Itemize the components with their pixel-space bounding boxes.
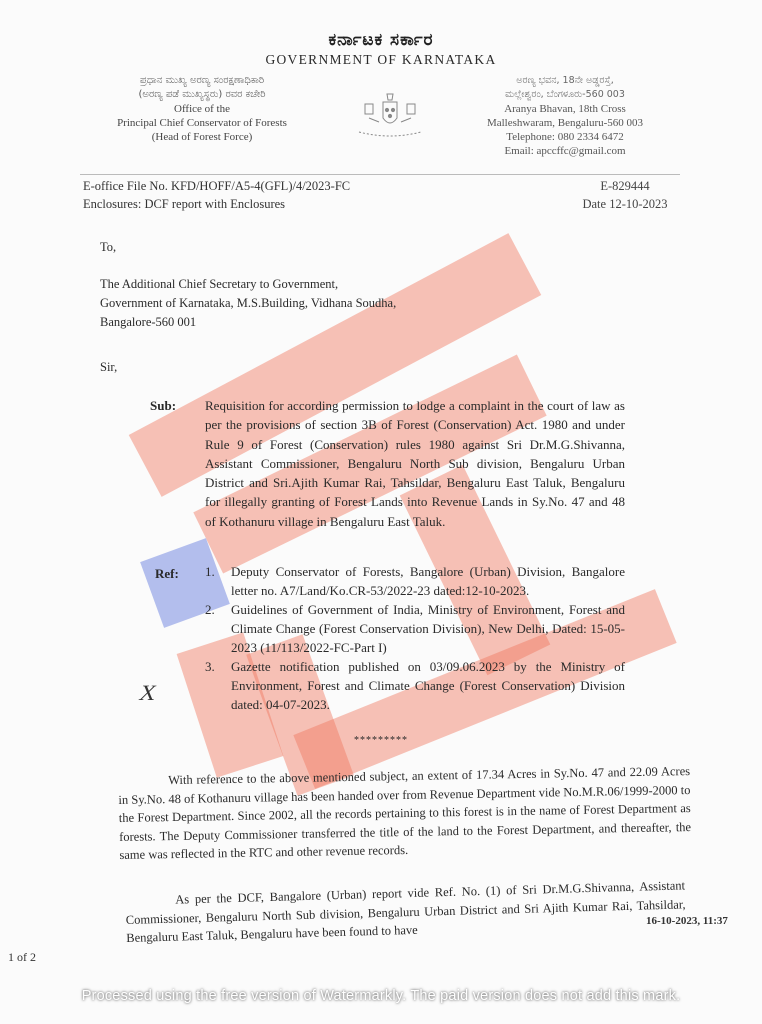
salutation: Sir, — [100, 360, 117, 375]
subject-label: Sub: — [150, 398, 176, 414]
office-line1: Office of the — [72, 102, 332, 116]
address-line2: Malleshwaram, Bengaluru-560 003 — [455, 116, 675, 130]
address-line1: Aranya Bhavan, 18th Cross — [455, 102, 675, 116]
reference-number: 1. — [205, 562, 231, 600]
reference-number: 2. — [205, 600, 231, 657]
file-number: E-office File No. KFD/HOFF/A5-4(GFL)/4/2… — [83, 179, 350, 194]
recipient-line2: Government of Karnataka, M.S.Building, V… — [100, 294, 396, 313]
office-line2: Principal Chief Conservator of Forests — [72, 116, 332, 130]
reference-number: 3. — [205, 657, 231, 714]
recipient-address: The Additional Chief Secretary to Govern… — [100, 275, 396, 332]
e-number: E-829444 — [560, 179, 690, 194]
references-list: 1. Deputy Conservator of Forests, Bangal… — [205, 562, 625, 714]
letterhead-office-block: ಪ್ರಧಾನ ಮುಖ್ಯ ಅರಣ್ಯ ಸಂರಕ್ಷಣಾಧಿಕಾರಿ (ಅರಣ್ಯ… — [72, 74, 332, 144]
address-telephone: Telephone: 080 2334 6472 — [455, 130, 675, 144]
enclosures: Enclosures: DCF report with Enclosures — [83, 197, 285, 212]
letterhead-title-english: GOVERNMENT OF KARNATAKA — [0, 52, 762, 68]
letterhead-address-block: ಅರಣ್ಯ ಭವನ, 18ನೇ ಅಡ್ಡರಸ್ತೆ, ಮಲ್ಲೇಶ್ವರಂ, ಬ… — [455, 74, 675, 158]
letterhead-divider — [80, 174, 680, 175]
reference-item: 1. Deputy Conservator of Forests, Bangal… — [205, 562, 625, 600]
office-kannada-line2: (ಅರಣ್ಯ ಪಡೆ ಮುಖ್ಯಸ್ಥರು) ರವರ ಕಚೇರಿ — [72, 88, 332, 102]
reference-text: Deputy Conservator of Forests, Bangalore… — [231, 562, 625, 600]
print-timestamp: 16-10-2023, 11:37 — [646, 915, 728, 927]
references-label: Ref: — [155, 566, 179, 582]
letterhead-title-kannada: ಕರ್ನಾಟಕ ಸರ್ಕಾರ — [0, 30, 762, 50]
page-count: 1 of 2 — [8, 950, 36, 965]
recipient-line3: Bangalore-560 001 — [100, 313, 396, 332]
reference-item: 3. Gazette notification published on 03/… — [205, 657, 625, 714]
body-paragraph: As per the DCF, Bangalore (Urban) report… — [125, 876, 686, 948]
karnataka-state-emblem-icon — [345, 88, 435, 150]
document-page: ಕರ್ನಾಟಕ ಸರ್ಕಾರ GOVERNMENT OF KARNATAKA ಪ… — [0, 0, 762, 1024]
recipient-line1: The Additional Chief Secretary to Govern… — [100, 275, 396, 294]
reference-text: Guidelines of Government of India, Minis… — [231, 600, 625, 657]
subject-text: Requisition for according permission to … — [205, 396, 625, 531]
office-kannada-line1: ಪ್ರಧಾನ ಮುಖ್ಯ ಅರಣ್ಯ ಸಂರಕ್ಷಣಾಧಿಕಾರಿ — [72, 74, 332, 88]
address-kannada-line1: ಅರಣ್ಯ ಭವನ, 18ನೇ ಅಡ್ಡರಸ್ತೆ, — [455, 74, 675, 88]
reference-item: 2. Guidelines of Government of India, Mi… — [205, 600, 625, 657]
section-separator: ********* — [0, 735, 762, 746]
address-email: Email: apccffc@gmail.com — [455, 144, 675, 158]
body-paragraph: With reference to the above mentioned su… — [118, 762, 692, 864]
watermark-notice: Processed using the free version of Wate… — [0, 988, 762, 1004]
reference-text: Gazette notification published on 03/09.… — [231, 657, 625, 714]
to-label: To, — [100, 240, 116, 255]
address-kannada-line2: ಮಲ್ಲೇಶ್ವರಂ, ಬೆಂಗಳೂರು-560 003 — [455, 88, 675, 102]
letter-date: Date 12-10-2023 — [560, 197, 690, 212]
handwritten-mark: X — [137, 680, 160, 706]
office-line3: (Head of Forest Force) — [72, 130, 332, 144]
